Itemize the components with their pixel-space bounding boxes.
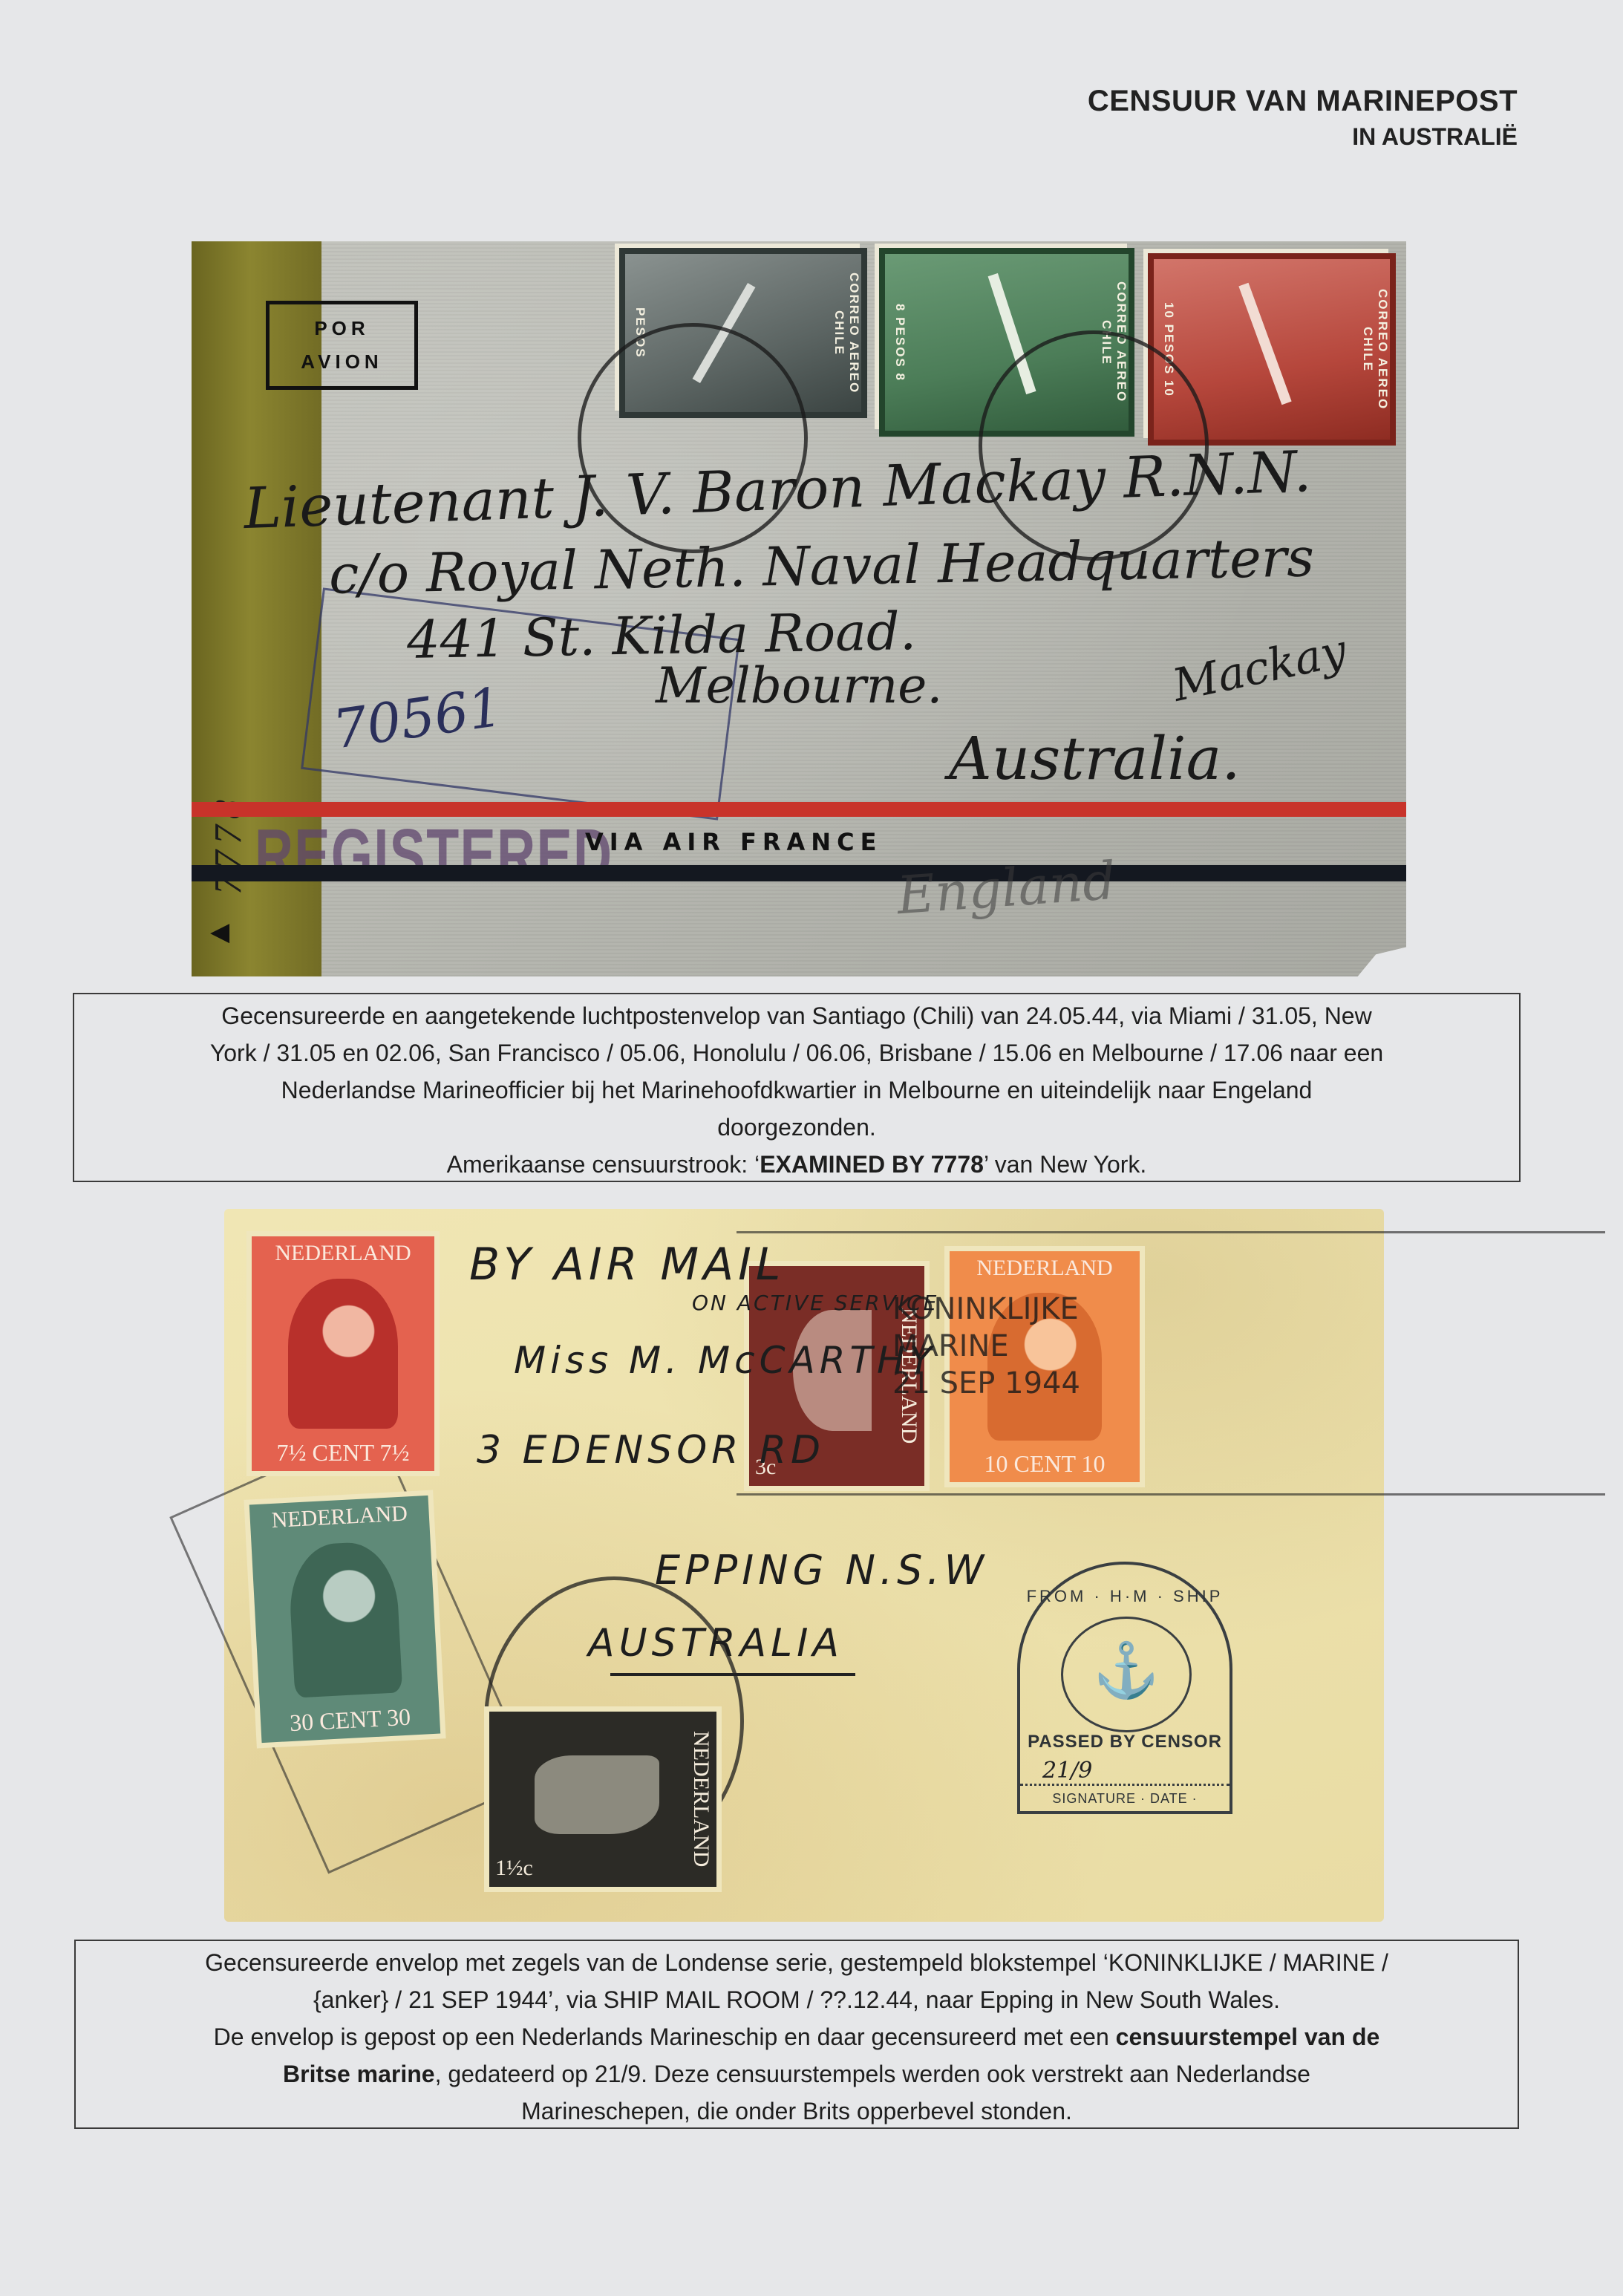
address-line-2: ON ACTIVE SERVICE: [692, 1291, 938, 1315]
caption-text: ’ van New York.: [984, 1151, 1146, 1178]
stamp-country: NEDERLAND: [249, 1500, 429, 1535]
por-label: POR: [270, 317, 414, 340]
route-label: VIA AIR FRANCE: [585, 828, 882, 856]
stamp-value: 7½ CENT 7½: [252, 1439, 434, 1467]
caption-line: Gecensureerde en aangetekende luchtposte…: [89, 997, 1504, 1034]
stamp-nederland-7-5c: NEDERLAND 7½ CENT 7½: [246, 1231, 440, 1476]
caption-line: doorgezonden.: [89, 1109, 1504, 1146]
forward-destination: England: [895, 850, 1117, 926]
caption-line: Britse marine, gedateerd op 21/9. Deze c…: [91, 2055, 1503, 2093]
address-line-3: Miss M. McCARTHY: [514, 1339, 936, 1382]
stamp-value: 1½c: [495, 1856, 533, 1881]
anchor-icon: ⚓: [1063, 1641, 1189, 1700]
stamp-country: NEDERLAND: [950, 1256, 1140, 1281]
por-avion-label: POR AVION: [266, 301, 418, 390]
airplane-icon: [1238, 283, 1291, 405]
address-line-6: AUSTRALIA: [588, 1621, 843, 1666]
address-line-1: BY AIR MAIL: [469, 1239, 785, 1291]
address-line-4: 3 EDENSOR RD: [477, 1428, 825, 1472]
address-underline: [610, 1673, 855, 1676]
censor-stamp-top: FROM · H·M · SHIP: [1020, 1587, 1230, 1606]
registered-handstamp: REGISTERED: [255, 813, 613, 898]
caption-bold: censuurstempel van de: [1116, 2023, 1380, 2050]
airmail-black-line: [192, 865, 1406, 881]
page-title-sub: IN AUSTRALIË: [1088, 120, 1518, 153]
stamp-country: NEDERLAND: [687, 1719, 713, 1879]
caption-envelope-2: Gecensureerde envelop met zegels van de …: [74, 1940, 1519, 2129]
address-line-4: Melbourne.: [656, 657, 942, 714]
passed-by-censor-stamp: FROM · H·M · SHIP ⚓ PASSED BY CENSOR 21/…: [1017, 1562, 1232, 1814]
caption-bold: Britse marine: [283, 2061, 435, 2087]
stamp-country: NEDERLAND: [252, 1241, 434, 1266]
admiralty-seal: ⚓: [1061, 1617, 1192, 1732]
soldier-icon: [535, 1755, 659, 1834]
avion-label: AVION: [270, 350, 414, 374]
stamp-country: CORREO AEREO CHILE: [1368, 267, 1390, 432]
censor-stamp-middle: PASSED BY CENSOR: [1020, 1732, 1230, 1752]
caption-line: {anker} / 21 SEP 1944’, via SHIP MAIL RO…: [91, 1981, 1503, 2018]
queen-portrait-icon: [288, 1279, 398, 1429]
censor-stamp-footer: SIGNATURE · DATE ·: [1020, 1784, 1230, 1811]
queen-portrait-icon: [287, 1540, 402, 1698]
caption-text: , gedateerd op 21/9. Deze censuurstempel…: [435, 2061, 1310, 2087]
caption-envelope-1: Gecensureerde en aangetekende luchtposte…: [73, 993, 1521, 1182]
caption-line: Amerikaanse censuurstrook: ‘EXAMINED BY …: [89, 1146, 1504, 1183]
caption-line: Marineschepen, die onder Brits opperbeve…: [91, 2093, 1503, 2130]
stamp-nederland-30c: NEDERLAND 30 CENT 30: [244, 1490, 445, 1749]
chile-airmail-envelope: 7778 POR AVION PESOS CORREO AEREO CHILE …: [192, 241, 1406, 976]
caption-text: De envelop is gepost op een Nederlands M…: [214, 2023, 1116, 2050]
caption-line: Nederlandse Marineofficier bij het Marin…: [89, 1072, 1504, 1109]
stamp-value: 10 CENT 10: [950, 1450, 1140, 1478]
stamp-value: 8 PESOS 8: [885, 261, 907, 423]
address-line-5: EPPING N.S.W: [655, 1547, 988, 1594]
caption-text: Amerikaanse censuurstrook: ‘: [447, 1151, 760, 1178]
caption-line: De envelop is gepost op een Nederlands M…: [91, 2018, 1503, 2055]
stamp-value: 30 CENT 30: [260, 1702, 440, 1739]
censor-signature: 21/9: [1042, 1758, 1092, 1784]
triangle-mark-icon: ◀: [210, 917, 229, 947]
dutch-navy-envelope: NEDERLAND 7½ CENT 7½ NEDERLAND 30 CENT 3…: [224, 1209, 1384, 1922]
address-line-5: Australia.: [949, 724, 1241, 793]
page-title-main: CENSUUR VAN MARINEPOST: [1088, 82, 1518, 120]
page-title: CENSUUR VAN MARINEPOST IN AUSTRALIË: [1088, 82, 1518, 153]
caption-line: Gecensureerde envelop met zegels van de …: [91, 1944, 1503, 1981]
caption-line: York / 31.05 en 02.06, San Francisco / 0…: [89, 1034, 1504, 1072]
caption-bold: EXAMINED BY 7778: [760, 1151, 984, 1178]
forward-note: Mackay: [1168, 624, 1351, 712]
stamp-country: CORREO AEREO CHILE: [839, 261, 861, 405]
address-line-2: c/o Royal Neth. Naval Headquarters: [328, 526, 1314, 605]
stamp-nederland-1-5c: NEDERLAND 1½c: [484, 1706, 722, 1892]
